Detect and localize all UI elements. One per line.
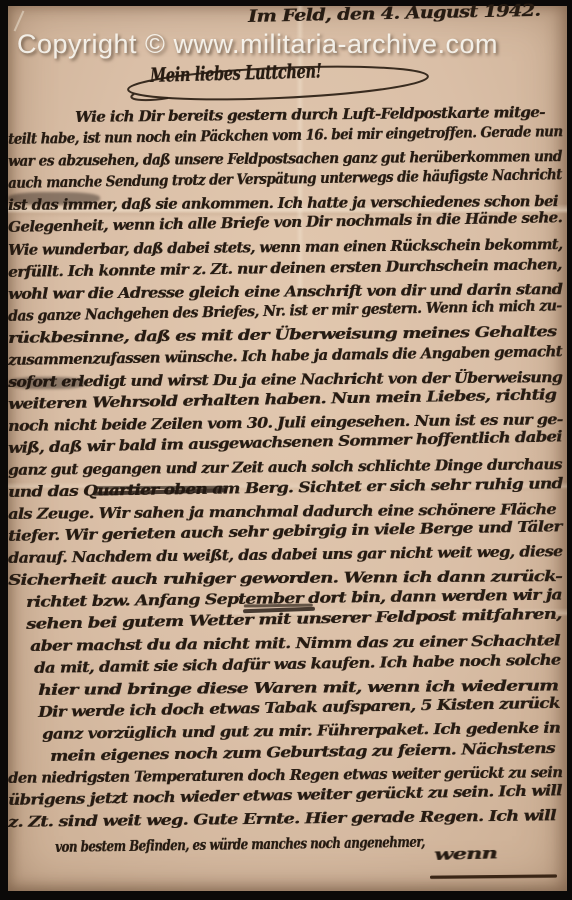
ink-overwrite-smudge [8, 377, 86, 389]
handwritten-line: Sicherheit auch ruhiger geworden. Wenn i… [8, 569, 562, 588]
copyright-watermark: Copyright © www.militaria-archive.com [17, 29, 498, 60]
ink-overwrite-smudge [8, 192, 100, 205]
scanned-letter-page: Copyright © www.militaria-archive.com Im… [0, 0, 572, 900]
catchword: wenn [434, 845, 497, 863]
letter-salutation: Mein liebes Luttchen! [150, 61, 322, 85]
